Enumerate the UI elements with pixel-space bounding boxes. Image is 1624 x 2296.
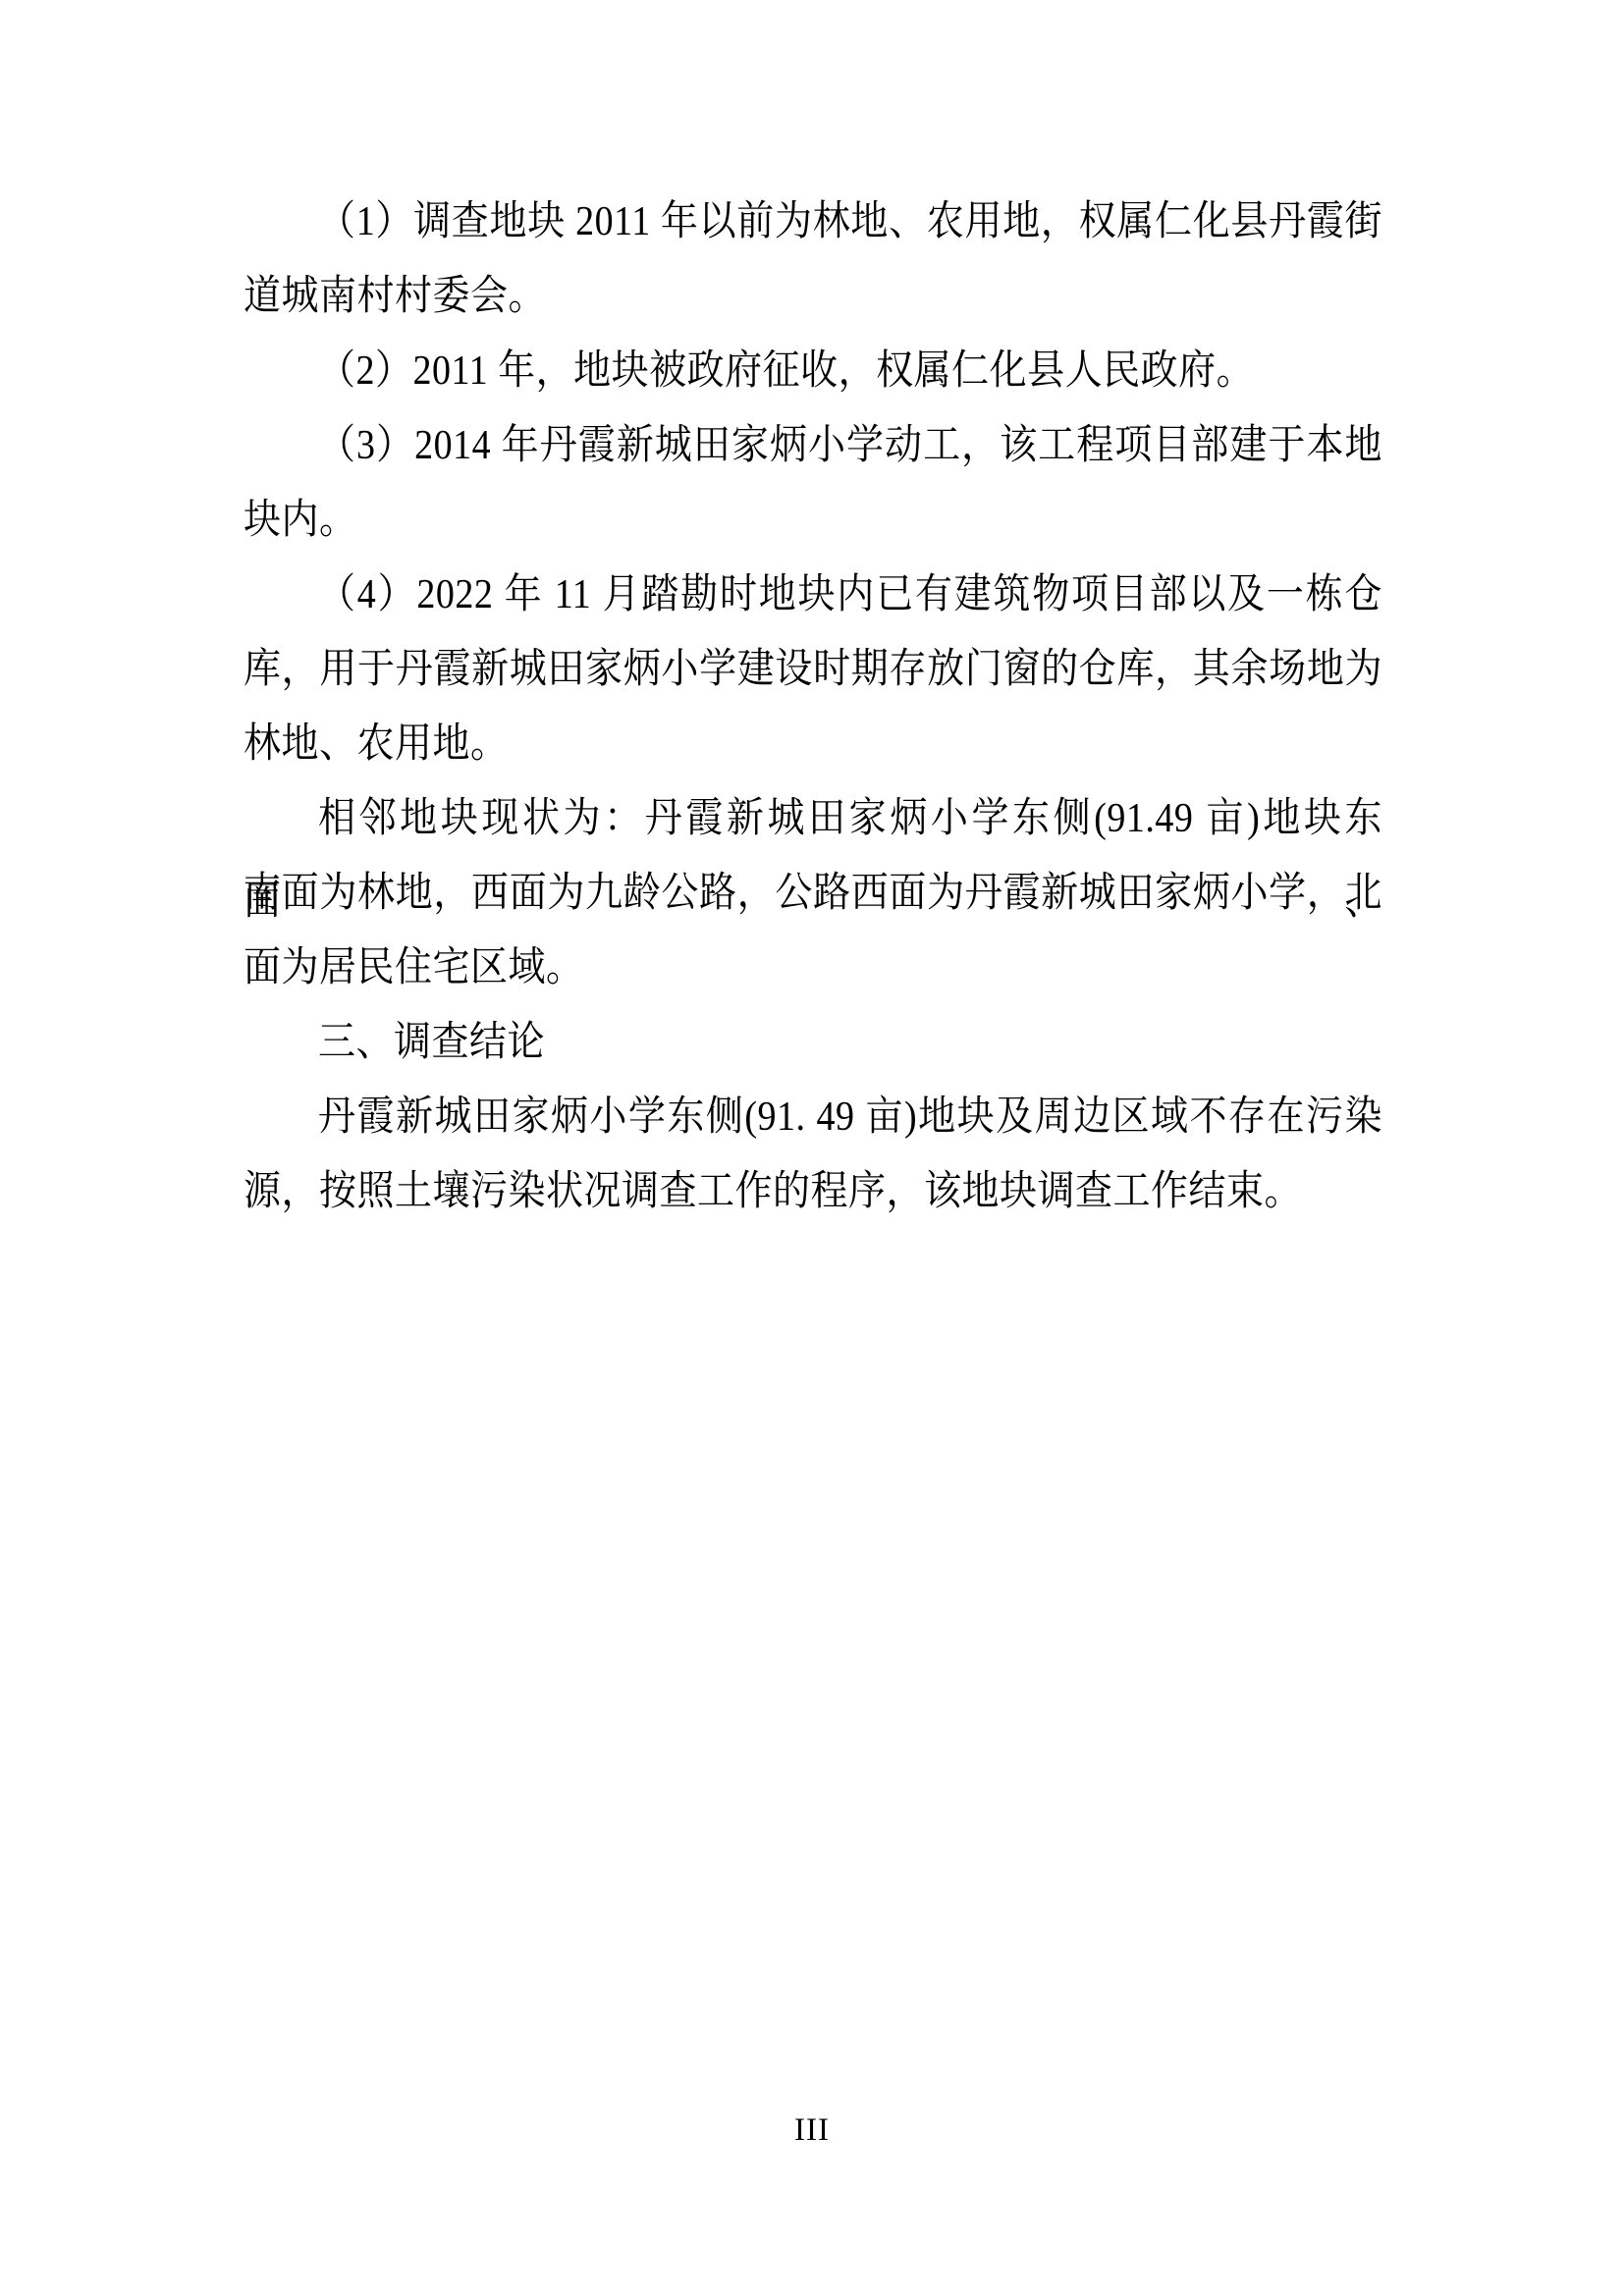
section-heading: 三、调查结论 — [244, 1001, 1382, 1084]
paragraph-line: （2）2011 年，地块被政府征收，权属仁化县人民政府。 — [244, 330, 1382, 412]
paragraph-line: （4）2022 年 11 月踏勘时地块内已有建筑物项目部以及一栋仓 — [244, 554, 1382, 636]
paragraph-line: 面为居民住宅区域。 — [244, 927, 1382, 1009]
paragraph-line: 丹霞新城田家炳小学东侧(91. 49 亩)地块及周边区域不存在污染 — [244, 1076, 1382, 1158]
paragraph-line: 林地、农用地。 — [244, 703, 1382, 785]
paragraph-line: 相邻地块现状为：丹霞新城田家炳小学东侧(91.49 亩)地块东面、 — [244, 777, 1382, 860]
paragraph-line: 南面为林地，西面为九龄公路，公路西面为丹霞新城田家炳小学，北 — [244, 852, 1382, 934]
paragraph-line: （1）调查地块 2011 年以前为林地、农用地，权属仁化县丹霞街 — [244, 181, 1382, 263]
paragraph-line: 块内。 — [244, 479, 1382, 561]
document-page: （1）调查地块 2011 年以前为林地、农用地，权属仁化县丹霞街 道城南村村委会… — [0, 0, 1624, 2296]
paragraph-line: 道城南村村委会。 — [244, 255, 1382, 338]
paragraph-line: 源，按照土壤污染状况调查工作的程序，该地块调查工作结束。 — [244, 1150, 1382, 1233]
document-body: （1）调查地块 2011 年以前为林地、农用地，权属仁化县丹霞街 道城南村村委会… — [244, 185, 1382, 1229]
page-number: III — [0, 2109, 1624, 2152]
paragraph-line: 库，用于丹霞新城田家炳小学建设时期存放门窗的仓库，其余场地为 — [244, 628, 1382, 711]
paragraph-line: （3）2014 年丹霞新城田家炳小学动工，该工程项目部建于本地 — [244, 404, 1382, 487]
